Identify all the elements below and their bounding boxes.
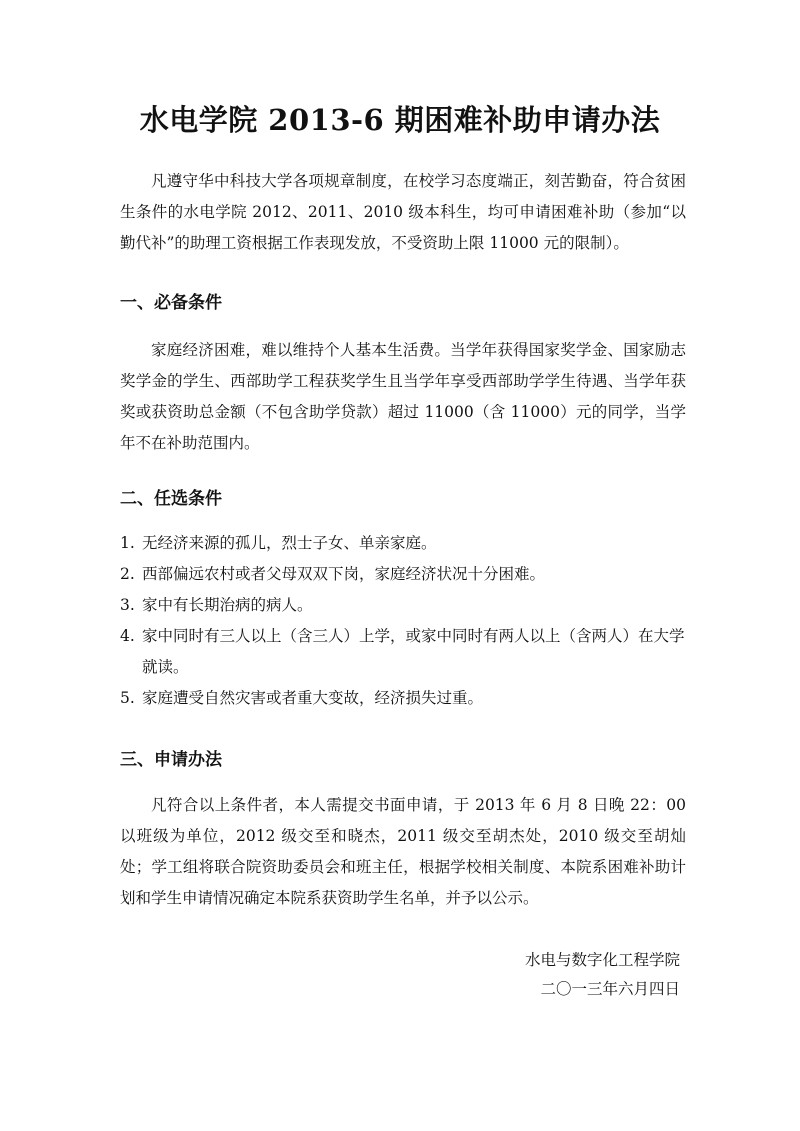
signature-block: 水电与数字化工程学院 二〇一三年六月四日 [525,946,680,1004]
list-item: 4.家中同时有三人以上（含三人）上学，或家中同时有两人以上（含两人）在大学就读。 [120,621,686,683]
list-item-number: 5. [120,683,142,714]
section-heading-required: 一、必备条件 [120,288,222,313]
list-item: 2.西部偏远农村或者父母双双下岗，家庭经济状况十分困难。 [120,559,686,590]
required-conditions-paragraph: 家庭经济困难，难以维持个人基本生活费。当学年获得国家奖学金、国家励志奖学金的学生… [120,335,686,459]
list-item-text: 家庭遭受自然灾害或者重大变故，经济损失过重。 [142,683,686,714]
application-method-paragraph: 凡符合以上条件者，本人需提交书面申请，于 2013 年 6 月 8 日晚 22：… [120,790,686,914]
list-item-number: 4. [120,621,142,683]
list-item: 5.家庭遭受自然灾害或者重大变故，经济损失过重。 [120,683,686,714]
section-heading-optional: 二、任选条件 [120,484,222,509]
intro-paragraph: 凡遵守华中科技大学各项规章制度，在校学习态度端正，刻苦勤奋，符合贫困生条件的水电… [120,166,686,259]
signature-date: 二〇一三年六月四日 [525,975,680,1004]
list-item-number: 1. [120,528,142,559]
list-item: 3.家中有长期治病的病人。 [120,590,686,621]
list-item-text: 无经济来源的孤儿，烈士子女、单亲家庭。 [142,528,686,559]
list-item-number: 3. [120,590,142,621]
list-item-number: 2. [120,559,142,590]
signature-organization: 水电与数字化工程学院 [525,946,680,975]
document-page: 水电学院 2013-6 期困难补助申请办法 凡遵守华中科技大学各项规章制度，在校… [0,0,800,1131]
list-item-text: 西部偏远农村或者父母双双下岗，家庭经济状况十分困难。 [142,559,686,590]
optional-conditions-list: 1.无经济来源的孤儿，烈士子女、单亲家庭。 2.西部偏远农村或者父母双双下岗，家… [120,528,686,714]
list-item: 1.无经济来源的孤儿，烈士子女、单亲家庭。 [120,528,686,559]
section-heading-application: 三、申请办法 [120,745,222,770]
list-item-text: 家中同时有三人以上（含三人）上学，或家中同时有两人以上（含两人）在大学就读。 [142,621,686,683]
document-title: 水电学院 2013-6 期困难补助申请办法 [0,98,800,139]
list-item-text: 家中有长期治病的病人。 [142,590,686,621]
